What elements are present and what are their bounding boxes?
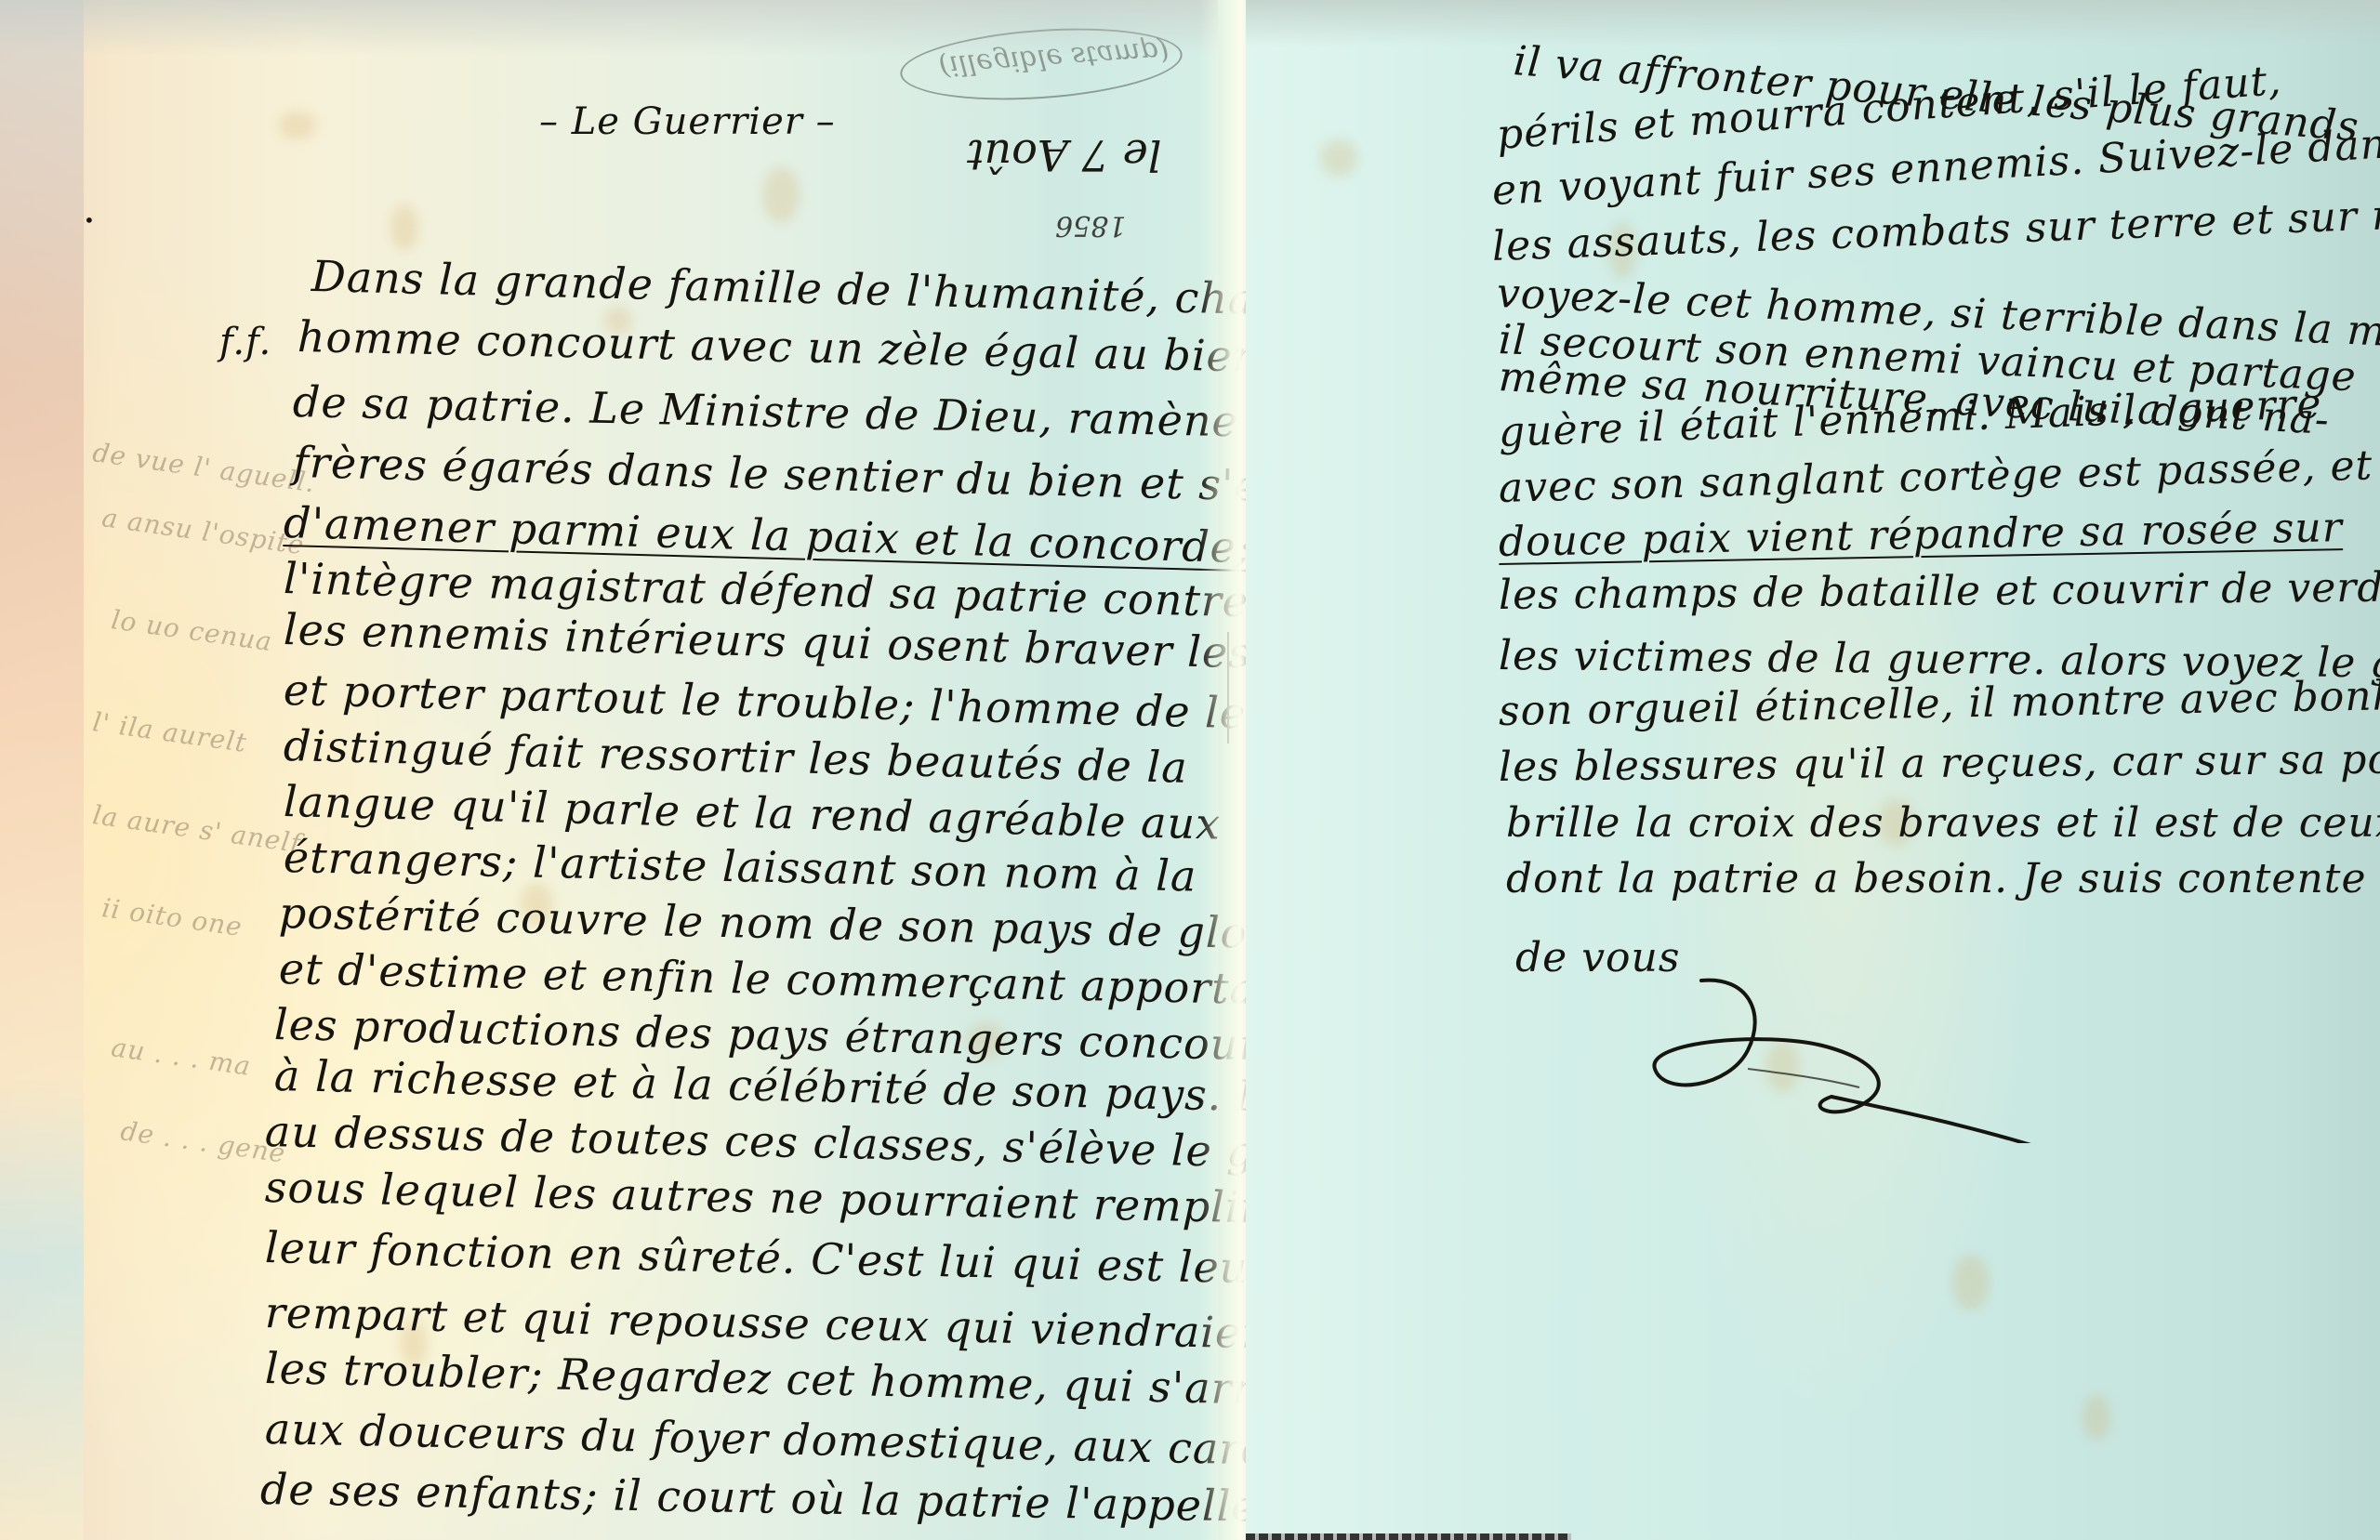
- date-year: 1856: [1055, 209, 1126, 242]
- left-line-21: aux douceurs du foyer domestique, aux ca…: [264, 1403, 1362, 1477]
- left-line-22: de ses enfants; il court où la patrie l'…: [260, 1464, 1259, 1532]
- right-line-16: dont la patrie a besoin. Je suis content…: [1506, 855, 2367, 902]
- paper-stain: [2082, 1394, 2110, 1441]
- paper-stain: [762, 167, 800, 223]
- signature-flourish: [1618, 957, 2101, 1143]
- bleed-through-text: ii oito one: [100, 892, 245, 942]
- left-line-18: leur fonction en sûreté. C'est lui qui e…: [264, 1222, 1270, 1294]
- left-page: de vue l' aguell. a ansu l'ospite lo uo …: [0, 0, 1218, 1540]
- letter-title: – Le Guerrier –: [539, 100, 836, 143]
- bleed-through-text: la aure s' anelf: [91, 799, 303, 859]
- scan-edge-bar: [1246, 1533, 1571, 1540]
- left-line-3: de sa patrie. Le Ministre de Dieu, ramèn…: [292, 376, 1325, 448]
- bleed-through-text: lo uo cenua: [110, 604, 274, 657]
- paper-stain: [1952, 1255, 1990, 1310]
- paper-stain: [279, 112, 316, 139]
- margin-note: f.f.: [219, 321, 271, 363]
- manuscript-spread: de vue l' aguell. a ansu l'ospite lo uo …: [0, 0, 2380, 1540]
- right-line-14: les blessures qu'il a reçues, car sur sa…: [1499, 734, 2380, 791]
- date-line: le 7 Août: [967, 130, 1161, 180]
- stamp-text: (illegible stamp): [938, 33, 1170, 82]
- right-line-11: les champs de bataille et couvrir de ver…: [1499, 563, 2380, 619]
- bleed-through-text: l' ila aurelt: [91, 706, 249, 758]
- right-line-15: brille la croix des braves et il est de …: [1506, 799, 2380, 847]
- ink-dot: •: [84, 209, 96, 231]
- paper-stain: [390, 204, 418, 251]
- bleed-through-text: de vue l' aguell.: [91, 437, 318, 498]
- bleed-through-text: de . . . gene: [119, 1115, 288, 1169]
- paper-stain: [1320, 139, 1357, 177]
- left-line-2: homme concourt avec un zèle égal au bien: [297, 311, 1262, 382]
- bleed-through-text: a ansu l'ospite: [100, 502, 307, 560]
- bleed-through-text: au . . . ma: [110, 1032, 253, 1082]
- archive-stamp: (illegible stamp): [898, 20, 1184, 108]
